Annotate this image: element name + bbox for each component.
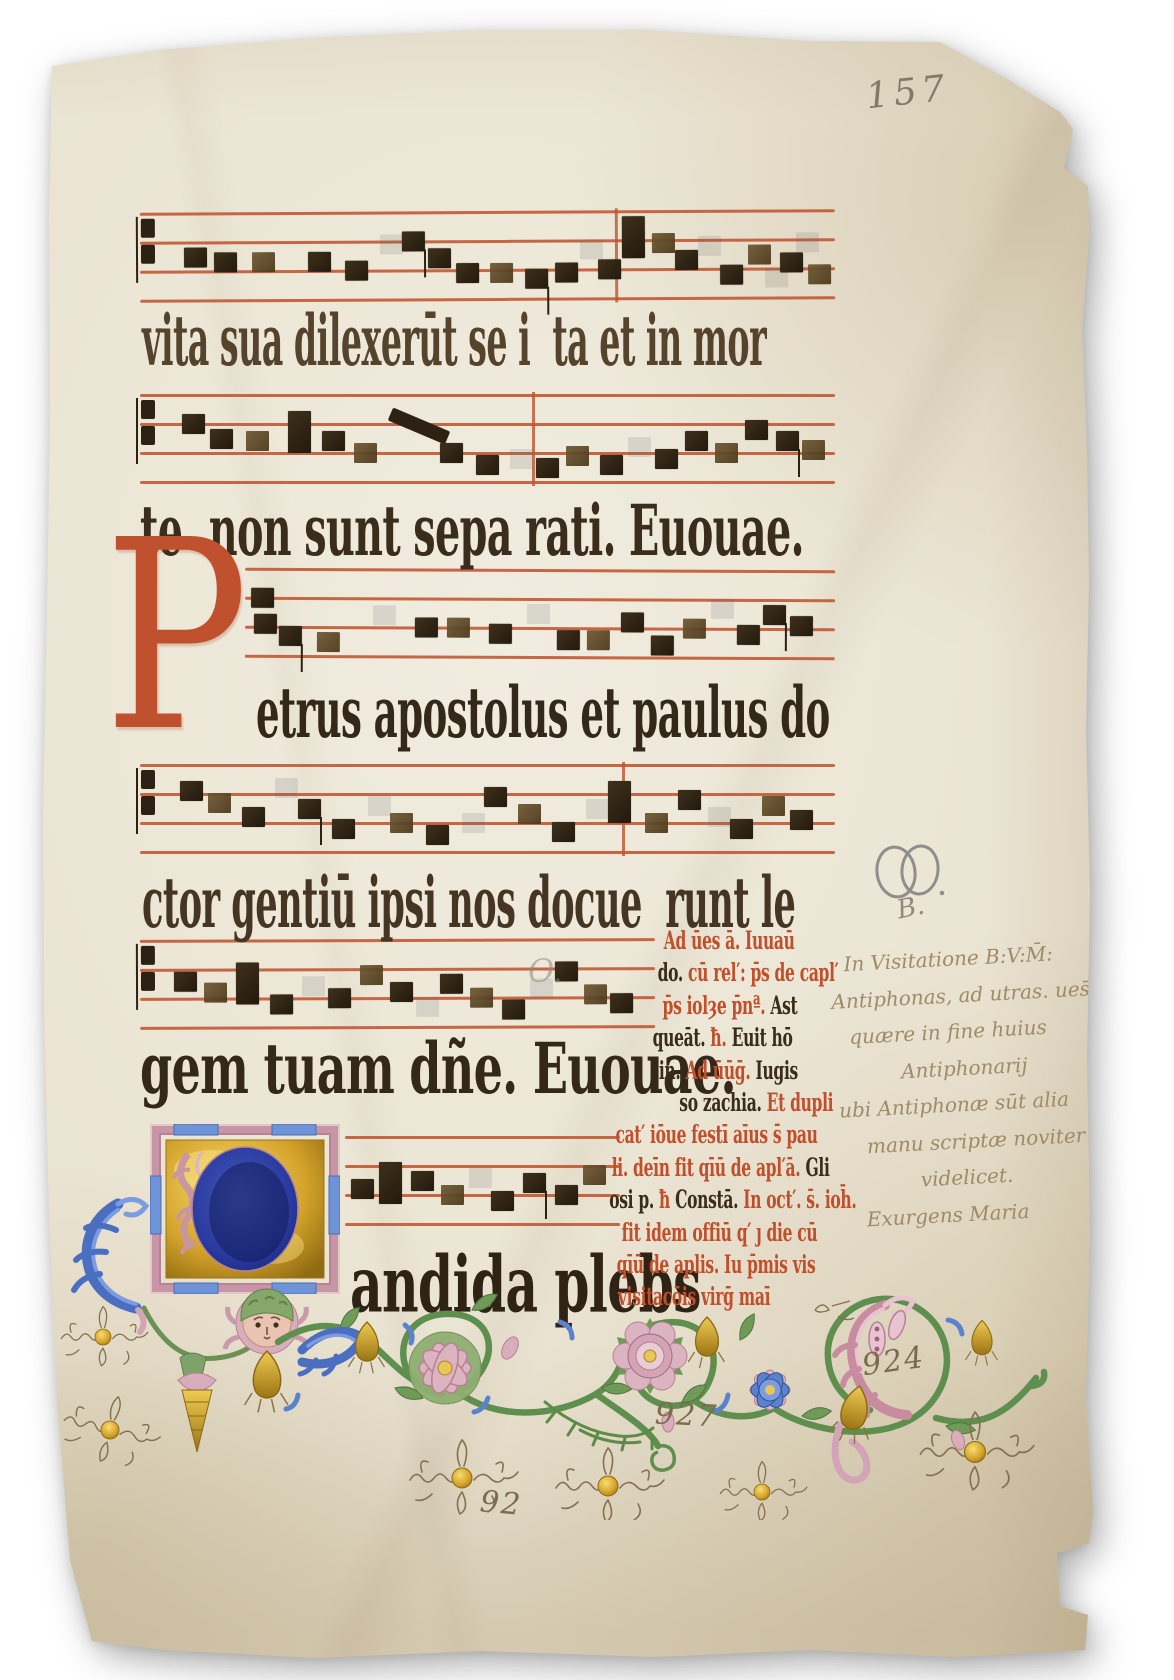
- neume: [252, 252, 275, 272]
- neume: [583, 1165, 606, 1185]
- neume: [675, 250, 698, 270]
- snail-coil-icon: [652, 1446, 674, 1470]
- neume: [182, 414, 205, 434]
- neume: [254, 614, 277, 634]
- neume: [440, 973, 463, 993]
- neume: [536, 458, 559, 478]
- neume: [557, 630, 580, 650]
- music-staff: [140, 932, 655, 1034]
- neume: [236, 962, 259, 1004]
- neume: [373, 606, 396, 626]
- neume: [402, 231, 425, 251]
- staff-line: [245, 597, 835, 602]
- neume: [246, 431, 269, 451]
- neume: [440, 443, 463, 463]
- chant-text-line: etrus apostolus et paulus do: [256, 672, 830, 755]
- clef-icon: [136, 398, 156, 464]
- neume: [651, 636, 674, 656]
- neume: [208, 793, 231, 813]
- neume: [210, 429, 233, 449]
- staff-barline: [532, 392, 535, 486]
- neume: [552, 822, 575, 842]
- red-initial-P: P: [104, 506, 249, 768]
- neume: [645, 813, 668, 833]
- neume: [489, 624, 512, 644]
- staff-line: [140, 394, 835, 397]
- music-staff: [140, 388, 835, 488]
- neume: [776, 431, 799, 451]
- neume: [698, 236, 721, 256]
- neume: [737, 625, 760, 645]
- neume: [762, 796, 785, 816]
- neume: [332, 819, 355, 839]
- neume: [608, 781, 631, 823]
- neume: [390, 982, 413, 1002]
- neume: [683, 619, 706, 639]
- neume: [368, 796, 391, 816]
- neume: [518, 804, 541, 824]
- neume: [308, 252, 331, 272]
- parchment-leaf: 157 vita sua dilexerūt se i ta et in mor…: [0, 0, 1174, 1680]
- faint-pencil-mark: O.: [528, 952, 563, 990]
- neume: [380, 234, 403, 254]
- neume: [275, 778, 298, 798]
- neume: [484, 787, 507, 807]
- neume: [502, 999, 525, 1019]
- neume: [279, 626, 302, 646]
- neume: [426, 825, 449, 845]
- neume: [708, 807, 731, 827]
- neume: [328, 988, 351, 1008]
- neume: [415, 617, 438, 637]
- staff-line: [345, 1136, 620, 1139]
- neume: [763, 604, 786, 624]
- neume: [390, 813, 413, 833]
- neume: [345, 261, 368, 281]
- neume: [298, 799, 321, 819]
- pencil-letter: B.: [894, 890, 927, 925]
- neume: [655, 449, 678, 469]
- parchment-surface: 157 vita sua dilexerūt se i ta et in mor…: [0, 0, 1174, 1680]
- neume: [600, 455, 623, 475]
- neume: [808, 264, 831, 284]
- neume: [251, 588, 274, 608]
- cone-pendant-icon: [182, 1390, 212, 1452]
- neume: [584, 984, 607, 1004]
- neume: [174, 971, 197, 991]
- neume: [678, 790, 701, 810]
- neume: [652, 233, 675, 253]
- neume: [621, 613, 644, 633]
- staff-line: [140, 238, 835, 244]
- neume: [790, 810, 813, 830]
- neume: [622, 216, 645, 258]
- pen-trial-number: 927: [654, 1396, 719, 1434]
- neume: [720, 264, 743, 284]
- pen-trial-number: 92: [479, 1484, 524, 1523]
- neume: [586, 799, 609, 819]
- neume: [411, 1171, 434, 1191]
- chant-text-line: vita sua dilexerūt se i ta et in mor: [142, 300, 766, 383]
- neume: [470, 988, 493, 1008]
- neume: [288, 411, 311, 453]
- neume: [462, 813, 485, 833]
- neume: [317, 632, 340, 652]
- neume: [360, 965, 383, 985]
- neume: [416, 997, 439, 1017]
- neume: [685, 431, 708, 451]
- neume: [214, 253, 237, 273]
- neume: [447, 618, 470, 638]
- clef-icon: [136, 217, 156, 283]
- rubric-line: cat′ iōue festī aīus s̄ pau: [615, 1119, 868, 1151]
- blue-flower-icon: [749, 1369, 790, 1412]
- neume: [802, 440, 825, 460]
- neume: [242, 807, 265, 827]
- neume: [525, 268, 548, 288]
- neume: [555, 262, 578, 282]
- neume: [748, 244, 771, 264]
- neume: [628, 437, 651, 457]
- acanthus-leaf-icon: [74, 1199, 146, 1332]
- staff-barline: [615, 208, 618, 302]
- neume: [428, 249, 451, 269]
- staff-line: [140, 851, 835, 854]
- staff-line: [245, 655, 835, 660]
- neume: [204, 983, 227, 1003]
- neume: [527, 603, 550, 623]
- neume: [184, 247, 207, 267]
- page-number: 157: [864, 68, 952, 118]
- star-flower-icon: [409, 1332, 481, 1404]
- neume: [598, 259, 621, 279]
- neume: [796, 232, 819, 252]
- neume: [715, 443, 738, 463]
- manuscript-photo: 157 vita sua dilexerūt se i ta et in mor…: [0, 0, 1174, 1680]
- neume: [510, 449, 533, 469]
- rubric-line: li. deīn fit qīū de apl′ā. Gli: [612, 1152, 869, 1184]
- neume: [490, 263, 513, 283]
- acanthus-leaf-icon: [300, 1331, 362, 1374]
- neume: [476, 455, 499, 475]
- staff-line: [140, 423, 835, 426]
- clef-icon: [136, 944, 156, 1010]
- vine-stem: [144, 1308, 248, 1358]
- neume: [456, 263, 479, 283]
- neume: [566, 446, 589, 466]
- neume: [790, 616, 813, 636]
- music-staff: [140, 203, 836, 307]
- neume: [780, 253, 803, 273]
- neume: [587, 630, 610, 650]
- neume: [580, 239, 603, 259]
- neume: [745, 420, 768, 440]
- neume: [730, 819, 753, 839]
- neume: [469, 1168, 492, 1188]
- neume: [270, 994, 293, 1014]
- staff-line: [140, 209, 835, 215]
- neume: [322, 431, 345, 451]
- neume: [711, 598, 734, 618]
- music-staff: [245, 562, 835, 665]
- neume: [388, 407, 451, 444]
- neume: [354, 443, 377, 463]
- neume: [302, 977, 325, 997]
- rose-icon: [613, 1318, 687, 1394]
